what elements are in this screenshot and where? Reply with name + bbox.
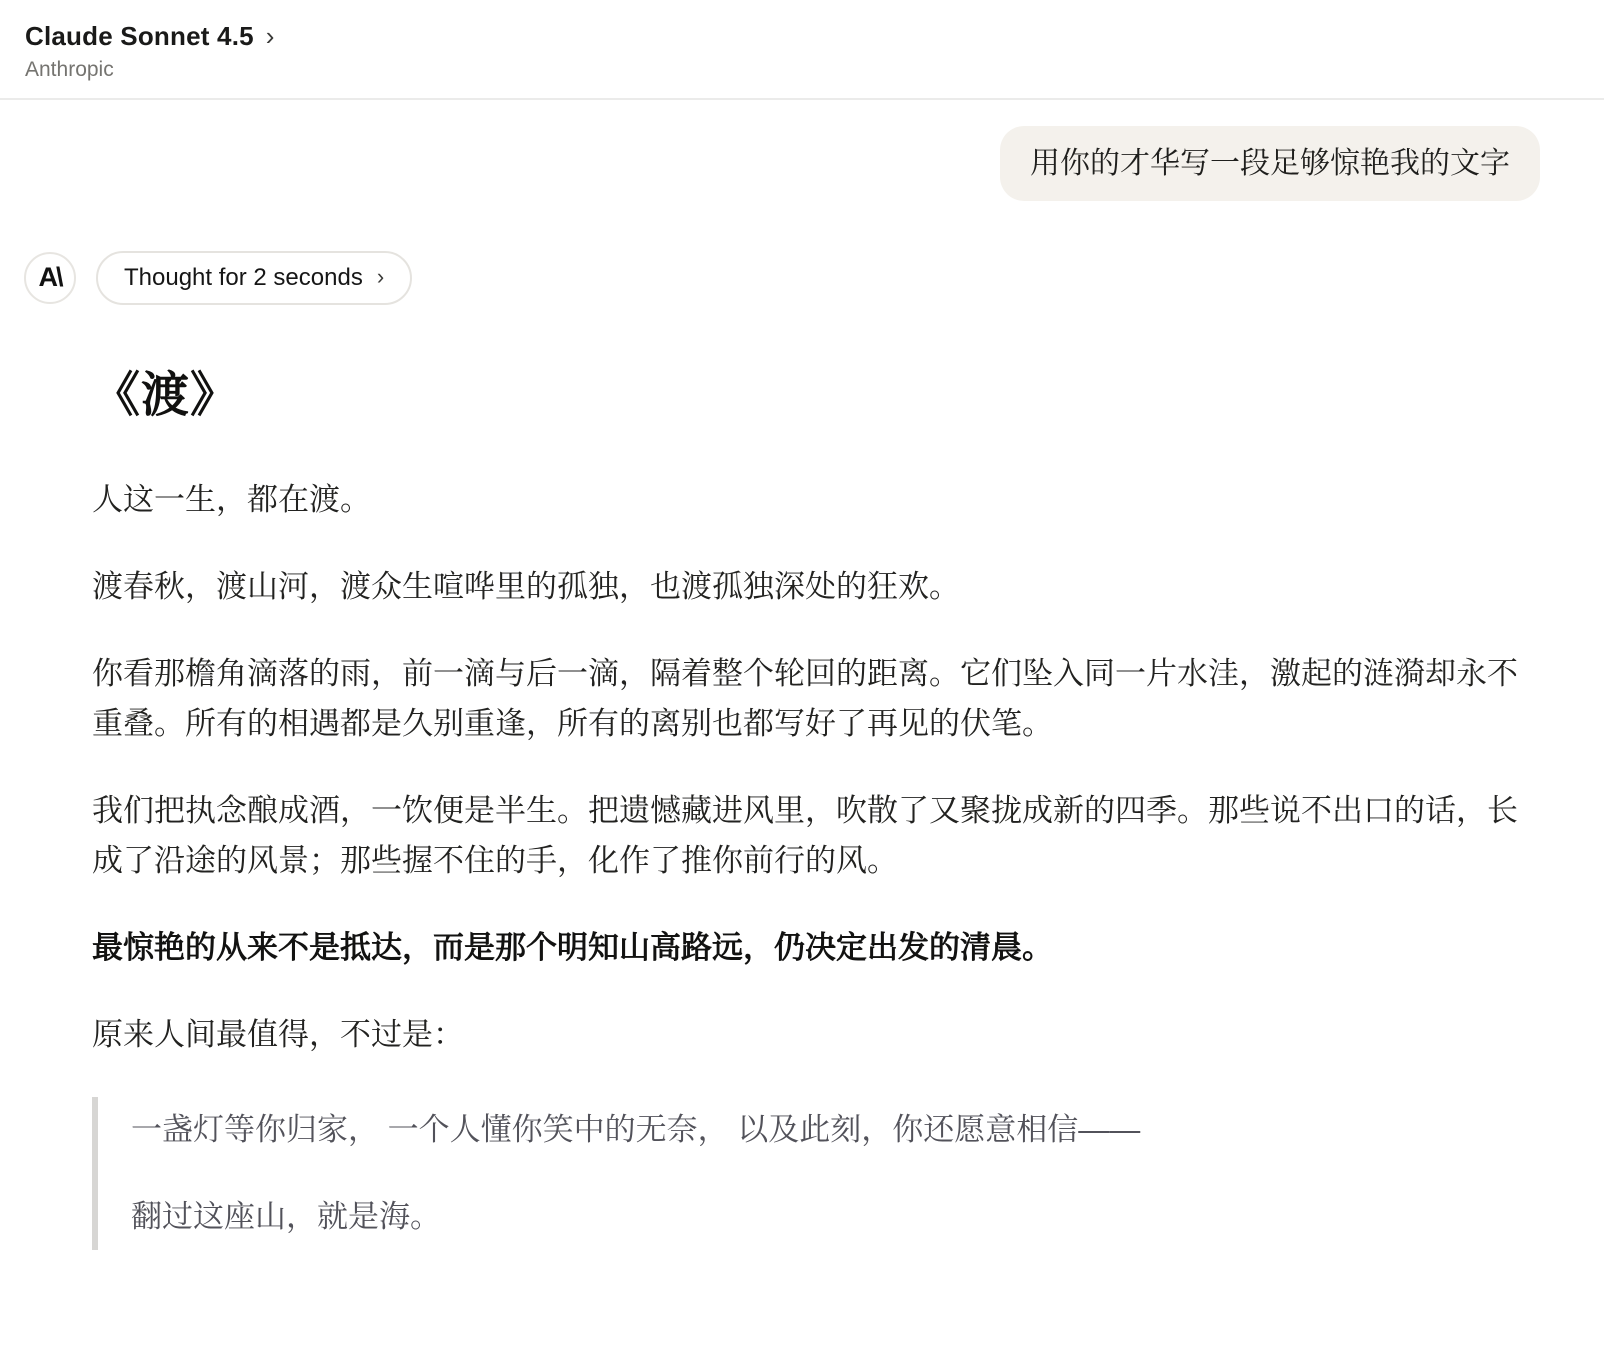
user-message-bubble: 用你的才华写一段足够惊艳我的文字 xyxy=(1000,126,1540,201)
thought-toggle-button[interactable]: Thought for 2 seconds › xyxy=(96,251,412,305)
poem-paragraph-bold: 最惊艳的从来不是抵达，而是那个明知山高路远，仍决定出发的清晨。 xyxy=(92,923,1532,973)
user-message-row: 用你的才华写一段足够惊艳我的文字 xyxy=(0,126,1604,201)
poem-blockquote: 一盏灯等你归家， 一个人懂你笑中的无奈， 以及此刻，你还愿意相信—— 翻过这座山… xyxy=(92,1097,1532,1250)
blockquote-line: 翻过这座山，就是海。 xyxy=(131,1192,1532,1242)
poem-paragraph: 你看那檐角滴落的雨，前一滴与后一滴，隔着整个轮回的距离。它们坠入同一片水洼，激起… xyxy=(92,649,1532,749)
model-header: Claude Sonnet 4.5 › Anthropic xyxy=(0,0,1604,100)
poem-title: 《渡》 xyxy=(92,367,1532,425)
chevron-right-icon: › xyxy=(377,266,384,288)
provider-label: Anthropic xyxy=(25,58,1580,82)
blockquote-line: 一盏灯等你归家， 一个人懂你笑中的无奈， 以及此刻，你还愿意相信—— xyxy=(131,1105,1532,1155)
poem-paragraph: 渡春秋，渡山河，渡众生喧哗里的孤独，也渡孤独深处的狂欢。 xyxy=(92,562,1532,612)
poem-paragraph: 我们把执念酿成酒，一饮便是半生。把遗憾藏进风里，吹散了又聚拢成新的四季。那些说不… xyxy=(92,786,1532,886)
thought-label: Thought for 2 seconds xyxy=(124,264,363,292)
assistant-avatar: A\ xyxy=(24,252,76,304)
poem-paragraph: 原来人间最值得，不过是： xyxy=(92,1010,1532,1060)
chevron-right-icon: › xyxy=(266,23,275,49)
assistant-header-row: A\ Thought for 2 seconds › xyxy=(24,251,1604,305)
anthropic-logo-icon: A\ xyxy=(39,262,62,293)
model-selector[interactable]: Claude Sonnet 4.5 › xyxy=(25,21,274,52)
chat-area: 用你的才华写一段足够惊艳我的文字 A\ Thought for 2 second… xyxy=(0,126,1604,1250)
poem-paragraph: 人这一生，都在渡。 xyxy=(92,475,1532,525)
assistant-message: 《渡》 人这一生，都在渡。 渡春秋，渡山河，渡众生喧哗里的孤独，也渡孤独深处的狂… xyxy=(92,367,1532,1250)
model-name: Claude Sonnet 4.5 xyxy=(25,21,254,52)
